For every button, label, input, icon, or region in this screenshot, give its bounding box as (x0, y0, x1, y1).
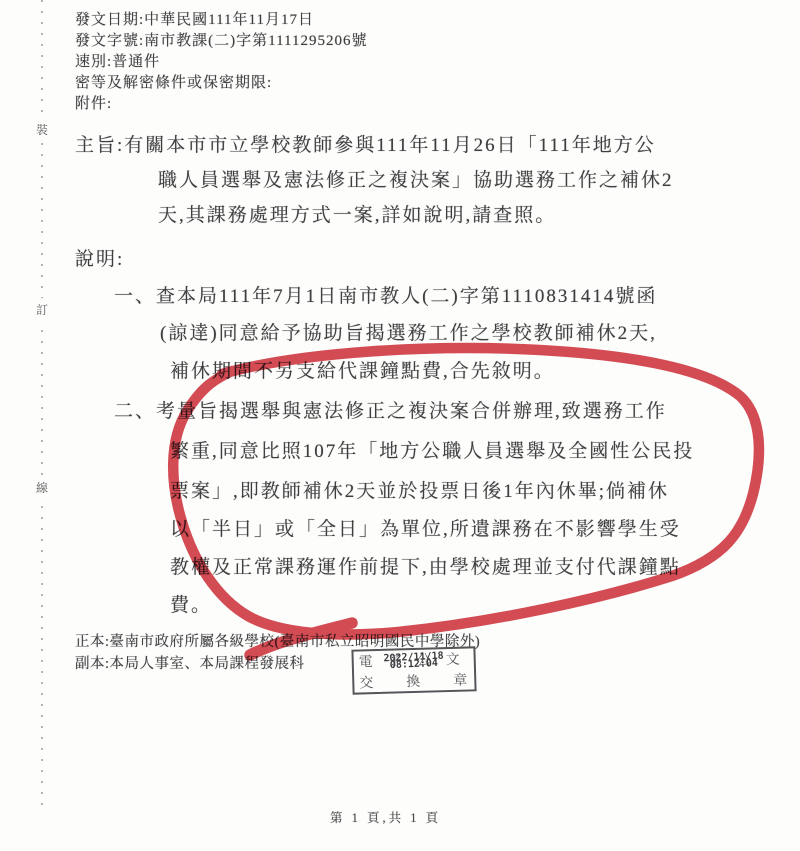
subject-line-2: 職人員選舉及憲法修正之複決案」協助選務工作之補休2 (158, 165, 674, 192)
item1-line-1: 一、查本局111年7月1日南市教人(二)字第1110831414號函 (114, 281, 657, 308)
subject-line-3: 天,其課務處理方式一案,詳如說明,請查照。 (158, 200, 556, 227)
item1-line-3: 補休期間不另支給代課鐘點費,合先敘明。 (170, 356, 555, 383)
recipient-copy: 副本:本局人事室、本局課程發展科 (75, 652, 305, 673)
electronic-exchange-stamp: 電子公文 交換章 2022/11/18 08:12:04 (351, 646, 476, 694)
stamp-text-row2: 交換章 (359, 669, 501, 693)
item2-line-4: 以「半日」或「全日」為單位,所遺課務在不影響學生受 (170, 514, 681, 541)
page-indicator: 第 1 頁,共 1 頁 (330, 808, 441, 826)
item2-line-2: 繁重,同意比照107年「地方公職人員選舉及全國性公民投 (170, 436, 694, 463)
binding-mark-ding: 訂 (33, 298, 51, 321)
subject-line-1: 主旨:有關本市市立學校教師參與111年11月26日「111年地方公 (75, 130, 656, 157)
item2-line-3: 票案」,即教師補休2天並於投票日後1年內休畢;倘補休 (170, 476, 669, 503)
binding-mark-zhuang: 裝 (33, 118, 51, 141)
header-document-number: 發文字號:南市教課(二)字第1111295206號 (75, 29, 368, 50)
item2-line-1: 二、考量旨揭選舉與憲法修正之複決案合併辦理,致選務工作 (114, 396, 667, 423)
item1-line-2: (諒達)同意給予協助旨揭選務工作之學校教師補休2天, (160, 318, 657, 345)
item2-line-5: 教權及正常課務運作前提下,由學校處理並支付代課鐘點 (170, 552, 681, 579)
binding-mark-xian: 線 (33, 476, 51, 499)
document-page: 裝 訂 線 發文日期:中華民國111年11月17日 發文字號:南市教課(二)字第… (0, 0, 800, 851)
header-speed-class: 速別:普通件 (75, 50, 160, 71)
header-issue-date: 發文日期:中華民國111年11月17日 (75, 8, 314, 29)
red-circle-annotation (0, 0, 800, 851)
explanation-label: 說明: (75, 244, 124, 271)
header-secrecy-class: 密等及解密條件或保密期限: (75, 71, 272, 92)
header-attachment: 附件: (75, 92, 112, 113)
item2-line-6: 費。 (170, 590, 212, 617)
